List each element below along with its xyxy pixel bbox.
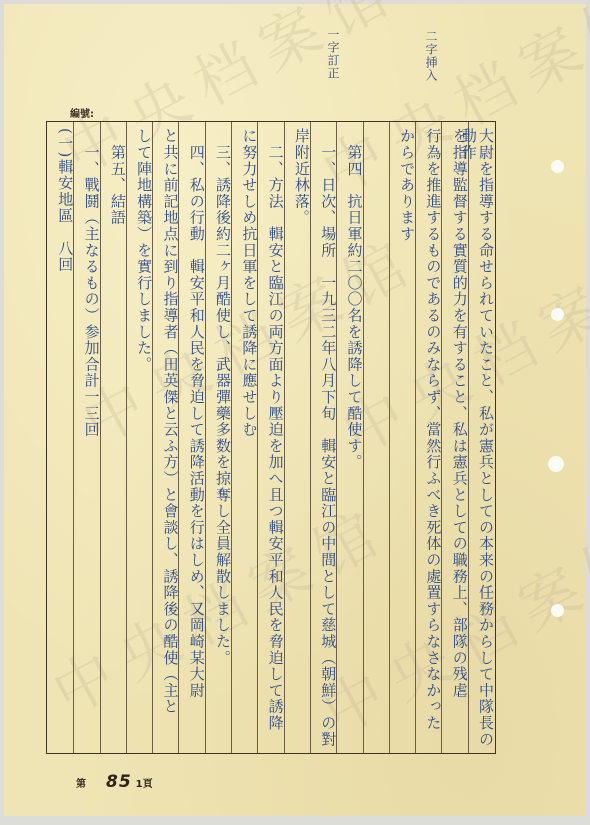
page-footer: 第851頁	[76, 772, 153, 792]
manuscript-grid: 大尉を指導する命せられていたこと、私が憲兵としての本来の任務からして中隊長の動作…	[46, 121, 496, 754]
punch-hole	[551, 604, 564, 617]
text-column: 大尉を指導する命せられていたこと、私が憲兵としての本来の任務からして中隊長の動作	[468, 122, 494, 753]
handwritten-line: 第四 抗日軍約二〇〇名を誘降して酷使す。	[337, 128, 362, 470]
page-suffix: 頁	[143, 779, 153, 790]
document-page: 中央档案馆 中央档案馆 中央档案馆 中央档案馆 中央档案馆 中央档案馆 二字挿入…	[4, 4, 586, 816]
text-column	[363, 122, 389, 753]
text-column: からであります	[389, 122, 415, 753]
handwritten-line: 大尉を指導する命せられていたこと、私が憲兵としての本来の任務からして中隊長の動作	[469, 128, 494, 753]
handwritten-line: 行為を推進するものであるのみならず、當然行ふべき死体の處置すらなさなかった	[416, 128, 441, 731]
handwritten-line: 四、私の行動 輯安平和人民を脅迫して誘降活動を行はしめ、又岡崎某大尉	[179, 128, 204, 699]
text-column: 第五、結語	[100, 122, 126, 753]
text-column: 四、私の行動 輯安平和人民を脅迫して誘降活動を行はしめ、又岡崎某大尉	[178, 122, 204, 753]
handwritten-line: 第五、結語	[101, 128, 126, 226]
text-column: 三、誘降後約二ヶ月酷使し、武器彈藥多数を掠奪し全員解散しました。	[205, 122, 231, 753]
handwritten-line: に努力せしめ抗日軍をして誘降に應せしむ	[232, 128, 257, 438]
handwritten-line: 一、戰鬪（主なるもの）参加合計一三回	[74, 128, 99, 438]
handwritten-line: 岸附近林落。	[285, 128, 310, 226]
margin-note-insert: 二字挿入	[425, 30, 437, 82]
handwritten-line: を指導監督する實質的力を有すること、私は憲兵としての職務上、部隊の残虐	[442, 128, 467, 699]
page-number: 85	[106, 772, 132, 792]
margin-note-correction: 一字訂正	[327, 28, 339, 80]
handwritten-line: 三、誘降後約二ヶ月酷使し、武器彈藥多数を掠奪し全員解散しました。	[206, 128, 231, 666]
text-column: 行為を推進するものであるのみならず、當然行ふべき死体の處置すらなさなかった	[415, 122, 441, 753]
punch-hole	[551, 308, 564, 321]
handwritten-line: 一、日次、場所 一九三二年八月下旬 輯安と臨江の中間として慈城（朝鮮）の對	[311, 128, 336, 747]
text-column: を指導監督する實質的力を有すること、私は憲兵としての職務上、部隊の残虐	[441, 122, 467, 753]
text-column: 二、方法 輯安と臨江の両方面より壓迫を加へ且つ輯安平和人民を脅迫して誘降	[257, 122, 283, 753]
text-column: 一、戰鬪（主なるもの）参加合計一三回	[73, 122, 99, 753]
handwritten-line: と共に前記地点に到り指導者（田英傑と云ふ方）と會談し、誘降後の酷使（主と	[153, 128, 178, 715]
text-column: に努力せしめ抗日軍をして誘降に應せしむ	[231, 122, 257, 753]
page-sub-number: 1	[136, 779, 143, 790]
text-column: 一、日次、場所 一九三二年八月下旬 輯安と臨江の中間として慈城（朝鮮）の對	[310, 122, 336, 753]
handwritten-line: して陣地構築）を實行しました。	[127, 128, 152, 373]
punch-hole	[551, 160, 564, 173]
text-column: 岸附近林落。	[284, 122, 310, 753]
text-column: (一)輯安地區 八回	[47, 122, 73, 753]
handwritten-line: (一)輯安地區 八回	[47, 128, 73, 273]
handwritten-line: 二、方法 輯安と臨江の両方面より壓迫を加へ且つ輯安平和人民を脅迫して誘降	[258, 128, 283, 731]
page-prefix: 第	[76, 779, 86, 790]
serial-label: 編號:	[70, 105, 94, 120]
punch-hole	[548, 456, 564, 472]
text-column: と共に前記地点に到り指導者（田英傑と云ふ方）と會談し、誘降後の酷使（主と	[152, 122, 178, 753]
handwritten-line: からであります	[390, 128, 415, 242]
text-column: して陣地構築）を實行しました。	[126, 122, 152, 753]
text-column: 第四 抗日軍約二〇〇名を誘降して酷使す。	[336, 122, 362, 753]
